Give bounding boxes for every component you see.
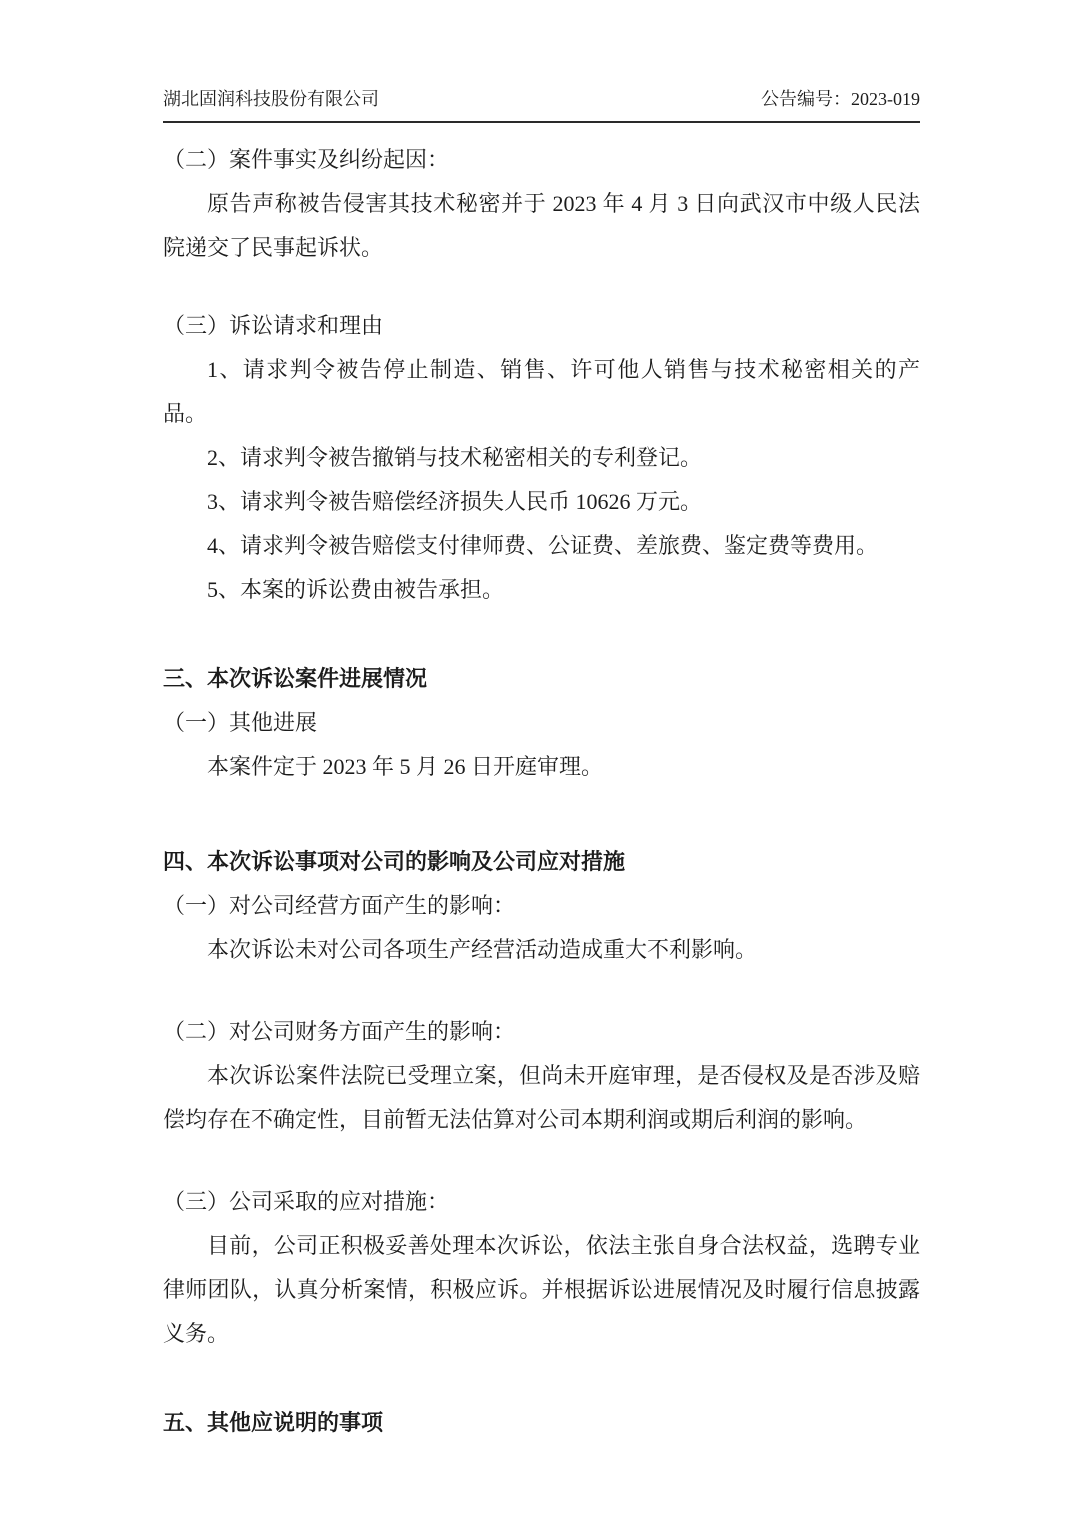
section-heading-other-matters: 五、其他应说明的事项 bbox=[163, 1401, 920, 1445]
paragraph-case-facts: 原告声称被告侵害其技术秘密并于 2023 年 4 月 3 日向武汉市中级人民法院… bbox=[163, 182, 920, 270]
section-heading-progress: 三、本次诉讼案件进展情况 bbox=[163, 657, 920, 701]
document-header: 湖北固润科技股份有限公司 公告编号：2023-019 bbox=[163, 86, 920, 123]
claim-item-1: 1、请求判令被告停止制造、销售、许可他人销售与技术秘密相关的产品。 bbox=[163, 348, 920, 436]
document-body: （二）案件事实及纠纷起因： 原告声称被告侵害其技术秘密并于 2023 年 4 月… bbox=[163, 138, 920, 1445]
claim-item-4: 4、请求判令被告赔偿支付律师费、公证费、差旅费、鉴定费等费用。 bbox=[163, 524, 920, 568]
claim-item-5: 5、本案的诉讼费由被告承担。 bbox=[163, 568, 920, 612]
subsection-heading-operating-impact: （一）对公司经营方面产生的影响： bbox=[163, 884, 920, 928]
claim-item-3: 3、请求判令被告赔偿经济损失人民币 10626 万元。 bbox=[163, 480, 920, 524]
document-page: 湖北固润科技股份有限公司 公告编号：2023-019 （二）案件事实及纠纷起因：… bbox=[0, 0, 1080, 1526]
announcement-number: 公告编号：2023-019 bbox=[761, 86, 920, 112]
section-heading-claims: （三）诉讼请求和理由 bbox=[163, 304, 920, 348]
paragraph-financial-impact: 本次诉讼案件法院已受理立案，但尚未开庭审理，是否侵权及是否涉及赔偿均存在不确定性… bbox=[163, 1054, 920, 1142]
subsection-heading-financial-impact: （二）对公司财务方面产生的影响： bbox=[163, 1010, 920, 1054]
claim-item-2: 2、请求判令被告撤销与技术秘密相关的专利登记。 bbox=[163, 436, 920, 480]
paragraph-measures: 目前，公司正积极妥善处理本次诉讼，依法主张自身合法权益，选聘专业律师团队，认真分… bbox=[163, 1224, 920, 1356]
section-heading-case-facts: （二）案件事实及纠纷起因： bbox=[163, 138, 920, 182]
paragraph-operating-impact: 本次诉讼未对公司各项生产经营活动造成重大不利影响。 bbox=[163, 928, 920, 972]
company-name: 湖北固润科技股份有限公司 bbox=[163, 86, 379, 112]
section-heading-impact: 四、本次诉讼事项对公司的影响及公司应对措施 bbox=[163, 840, 920, 884]
subsection-heading-measures: （三）公司采取的应对措施： bbox=[163, 1180, 920, 1224]
paragraph-progress: 本案件定于 2023 年 5 月 26 日开庭审理。 bbox=[163, 745, 920, 789]
subsection-heading-other-progress: （一）其他进展 bbox=[163, 701, 920, 745]
